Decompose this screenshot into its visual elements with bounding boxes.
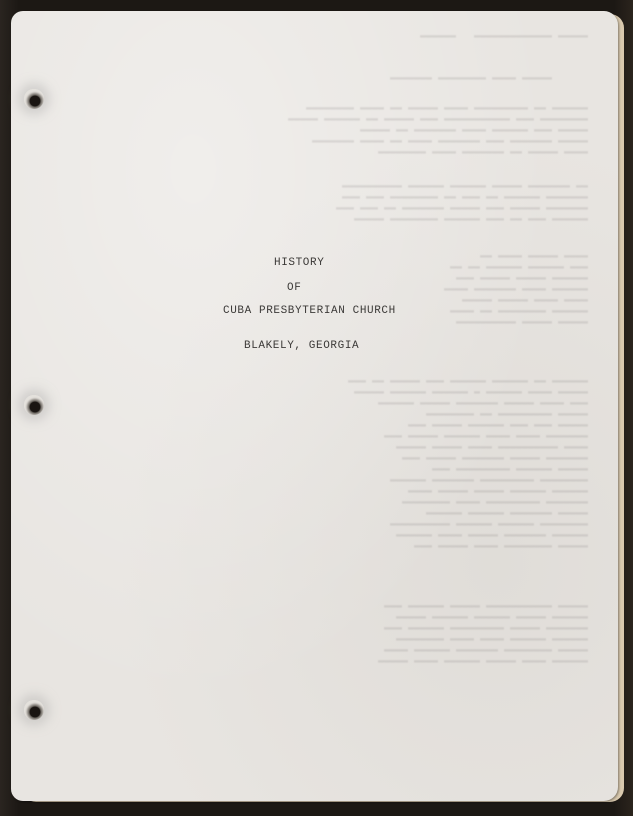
title-line-location: BLAKELY, GEORGIA [244, 340, 359, 352]
bleed-through-text: ▬▬▬▬▬ ▬▬▬▬ ▬▬▬▬▬▬▬▬ ▬▬▬▬▬▬▬ [91, 73, 588, 84]
punch-hole-bottom [24, 700, 44, 720]
document-page: ▬▬▬▬▬ ▬▬▬▬▬▬▬▬▬▬▬▬▬ ▬▬▬▬▬▬ ▬▬▬▬▬ ▬▬▬▬ ▬▬… [11, 11, 618, 801]
title-line-history: HISTORY [274, 257, 324, 269]
bleed-through-text: ▬▬▬▬▬ ▬▬▬▬▬▬▬▬▬▬▬ ▬▬▬▬▬ ▬▬▬▬▬▬ ▬▬▬ ▬▬▬▬▬… [91, 601, 588, 667]
bleed-through-text: ▬▬▬▬▬ ▬▬▬▬▬▬▬▬▬▬▬▬▬ ▬▬▬▬▬▬ [91, 31, 588, 42]
punch-hole-top [24, 89, 44, 109]
title-line-church-name: CUBA PRESBYTERIAN CHURCH [223, 305, 396, 317]
bleed-through-text: ▬▬▬▬▬▬ ▬▬ ▬▬▬▬▬▬ ▬▬▬▬▬▬ ▬▬▬ ▬▬▬▬▬ ▬▬ ▬▬▬… [91, 376, 588, 552]
bleed-through-text: ▬▬ ▬▬▬▬▬▬▬ ▬▬▬▬▬ ▬▬▬▬▬▬ ▬▬▬▬▬▬ ▬▬▬▬▬▬▬▬▬… [91, 181, 588, 225]
title-line-of: OF [287, 282, 301, 294]
bleed-through-text: ▬▬▬▬▬▬ ▬▬ ▬▬▬▬▬▬▬▬▬ ▬▬▬▬ ▬▬▬▬▬ ▬▬ ▬▬▬▬ ▬… [91, 103, 588, 158]
punch-hole-middle [24, 395, 44, 415]
